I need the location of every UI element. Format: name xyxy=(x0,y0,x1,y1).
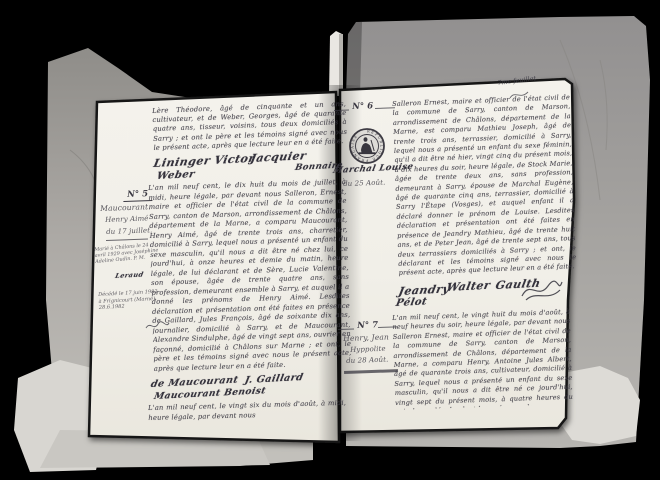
act-number: N° 7 xyxy=(357,320,378,331)
register-scan: RÉPUBLIQUE FRANÇAISE Lère Théodore, âgé … xyxy=(0,0,660,480)
signature: Walter xyxy=(445,279,491,294)
signature: Pélot xyxy=(395,296,428,309)
act-margin-date: du 17 juillet. xyxy=(106,226,153,236)
act-margin-date: du 25 Août. xyxy=(343,179,386,188)
act-margin-date: du 28 Août. xyxy=(346,356,389,365)
signature-flourish xyxy=(520,278,564,304)
annotation-signature: Leraud xyxy=(114,271,144,280)
act-body-text: L'an mil neuf cent, le vingt huit du moi… xyxy=(392,308,573,410)
act-margin-name: Henry, Jean xyxy=(343,332,389,343)
act-margin-name: Maucourant. xyxy=(100,202,151,213)
act-margin-name: Hyppolite xyxy=(350,345,386,354)
act-body-text: L'an mil neuf cent, le dix huit du mois … xyxy=(148,178,352,376)
signature: Weber xyxy=(156,169,196,182)
act-body-text: Salleron Ernest, maire et officier de l'… xyxy=(392,93,577,284)
act-margin-name: Henry Aimé xyxy=(105,214,149,224)
act-number: N° 6 xyxy=(352,101,373,112)
